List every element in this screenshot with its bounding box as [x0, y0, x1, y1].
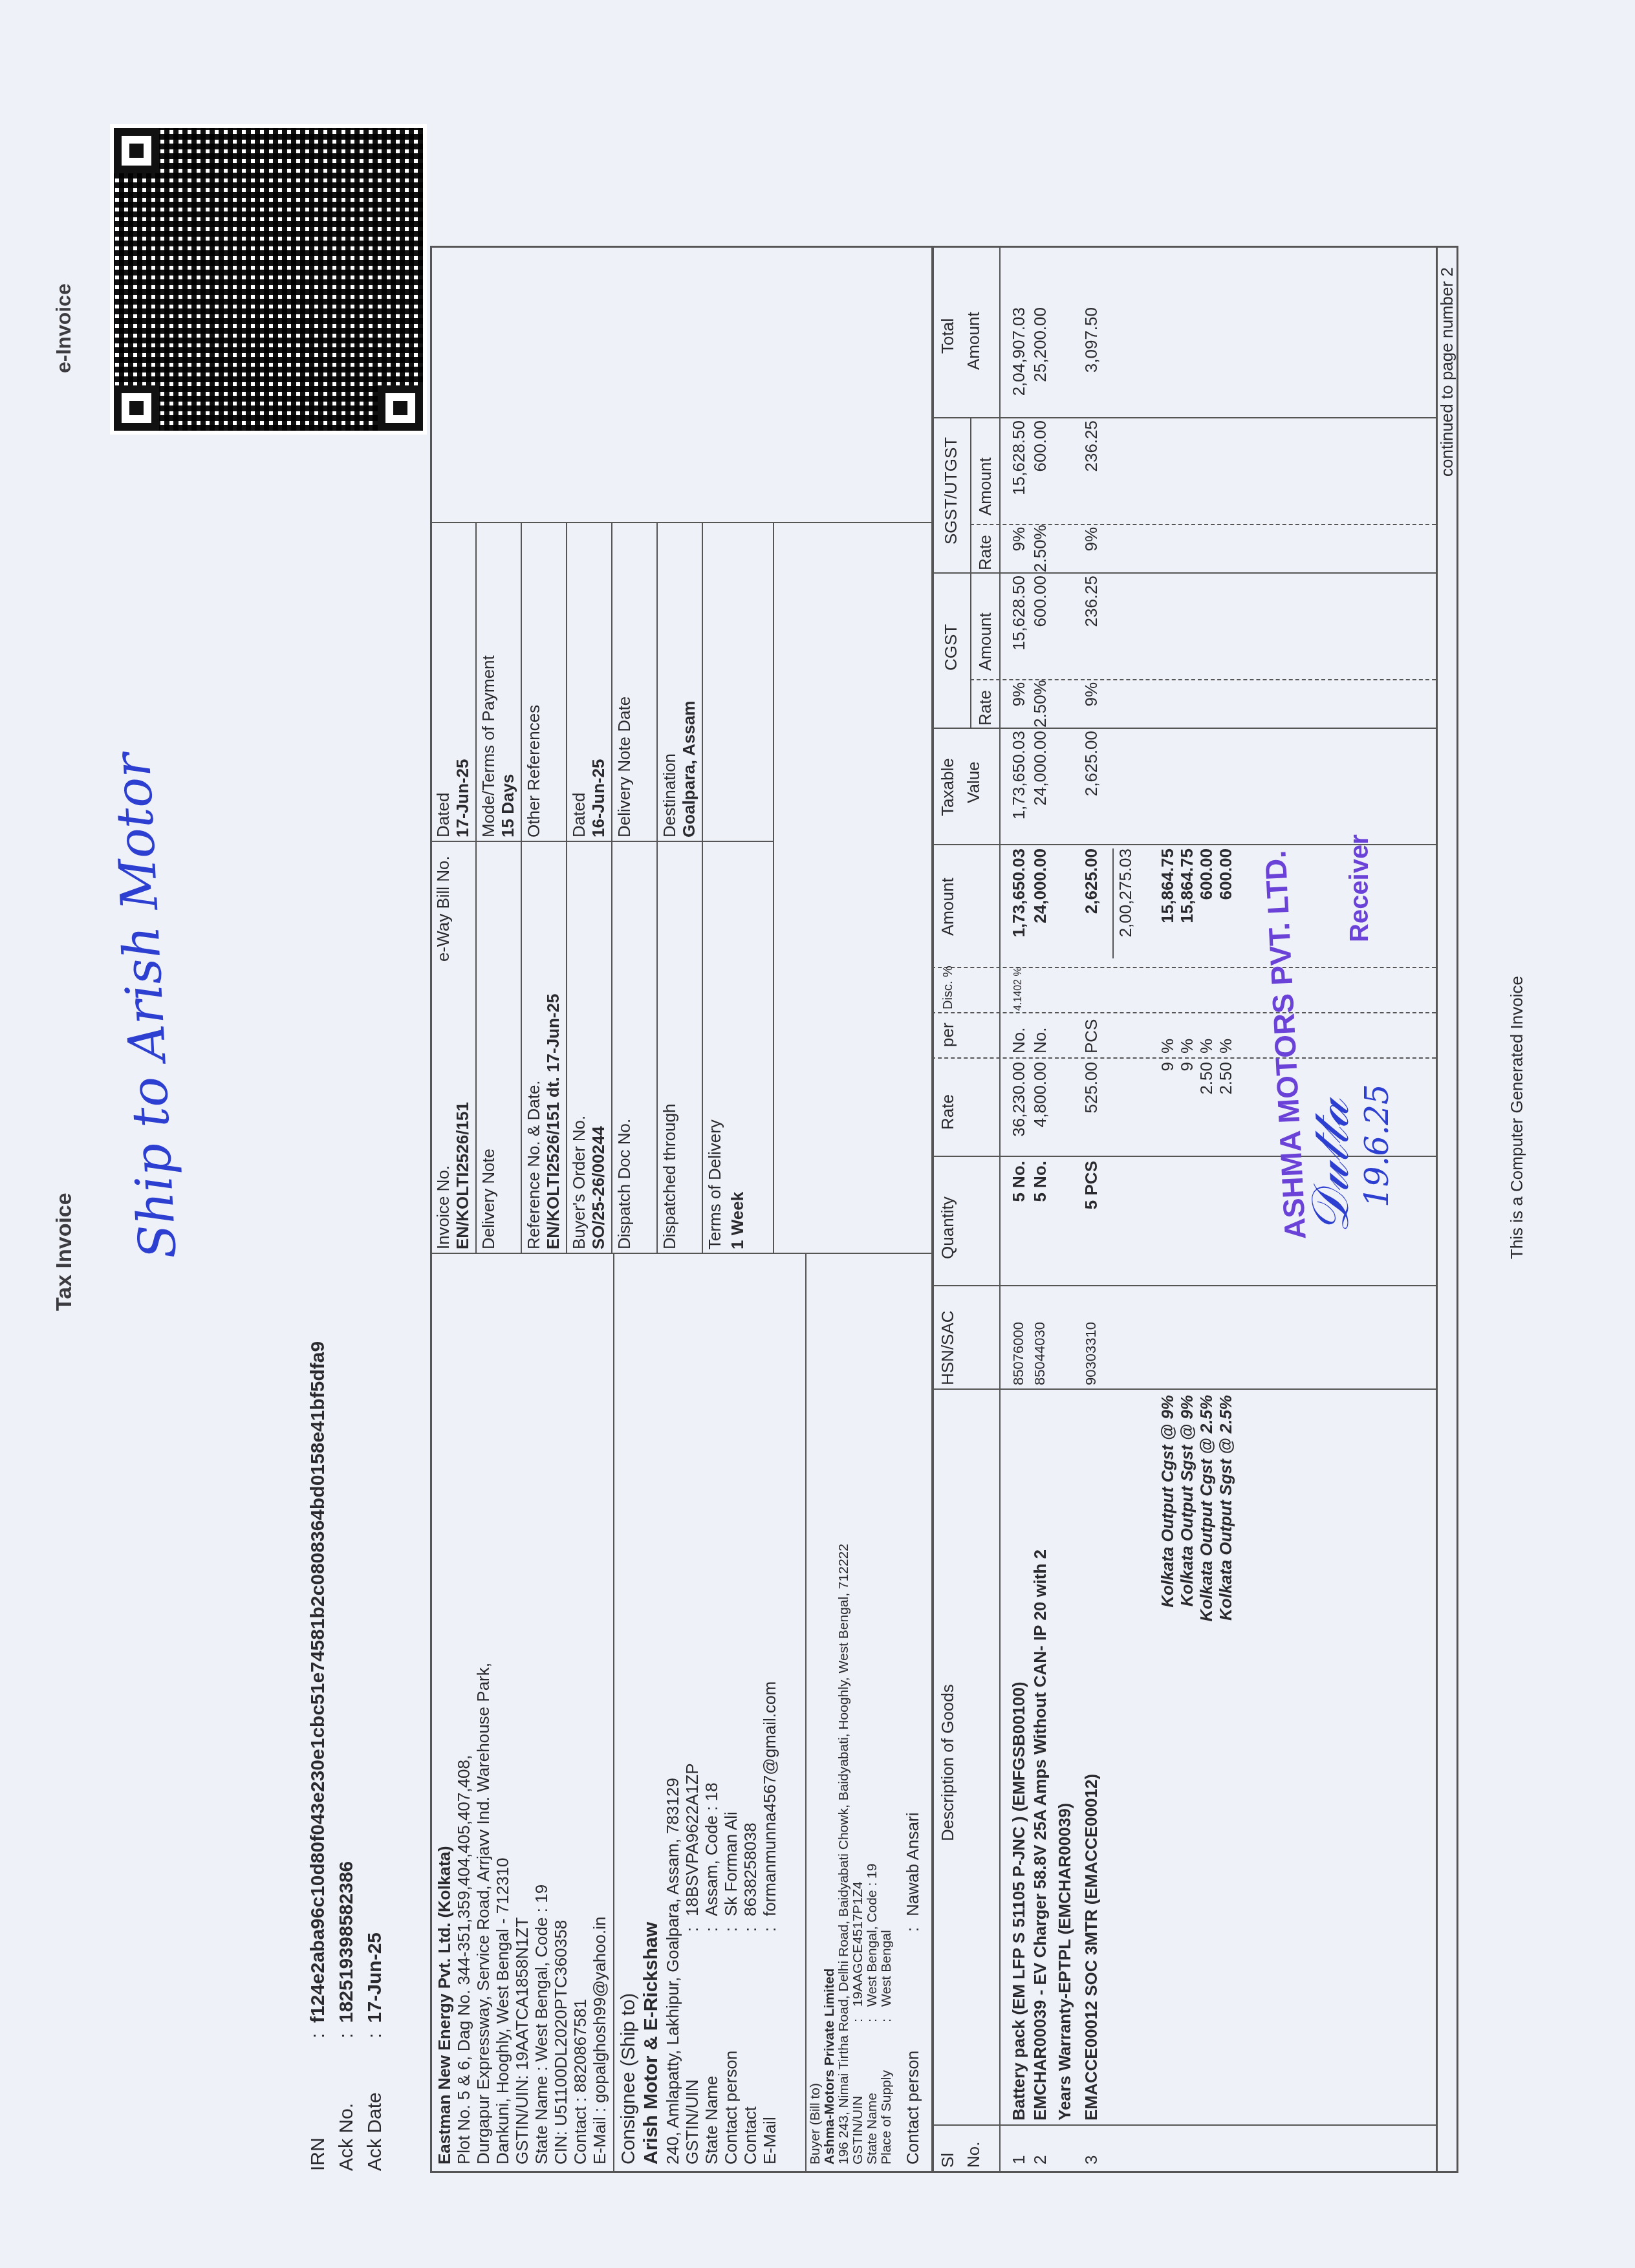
- row-description: EMCHAR00039 - EV Charger 58.8V 25A Amps …: [1030, 1550, 1050, 2121]
- tax-line-label: Kolkata Output Sgst @ 2.5%: [1216, 1395, 1235, 1945]
- buyer-place-of-supply: West Bengal: [880, 1930, 894, 2007]
- row-per: No.: [1030, 1028, 1050, 1053]
- row-cgst-rate: 2.50%: [1030, 682, 1050, 728]
- row-rate: 4,800.00: [1030, 1062, 1050, 1156]
- row-cgst-amount: 15,628.50: [1009, 576, 1028, 679]
- row-sgst-rate: 9%: [1081, 527, 1101, 572]
- buyer-contact-person: Nawab Ansari: [903, 1813, 922, 1916]
- row-amount: 2,625.00: [1081, 848, 1101, 967]
- col-quantity: Quantity: [938, 1196, 957, 1259]
- buyer-state: West Bengal, Code : 19: [865, 1864, 880, 2007]
- row-sl: 3: [1081, 2155, 1101, 2165]
- col-disc: Disc. %: [941, 966, 956, 1010]
- signature: 𝒟𝓊𝓉𝓉𝒶: [1300, 1099, 1361, 1233]
- col-cgst: CGST: [941, 624, 960, 671]
- tax-line-label: Kolkata Output Cgst @ 2.5%: [1196, 1395, 1216, 1945]
- seller-contact: Contact : 8820867581: [570, 1663, 590, 2165]
- col-total-amount: Amount: [964, 312, 983, 370]
- order-dated-label: Dated: [569, 793, 589, 837]
- row-disc: 4.1402 %: [1013, 967, 1024, 1011]
- destination-label: Destination: [660, 753, 679, 837]
- row-cgst-amount: 236.25: [1081, 576, 1101, 679]
- col-cgst-rate: Rate: [975, 690, 995, 726]
- tax-line-label: Kolkata Output Cgst @ 9%: [1158, 1395, 1177, 1945]
- row-description: Battery pack (EM LFP S 51105 P-JNC ) (EM…: [1009, 1681, 1028, 2121]
- tax-line-per: %: [1196, 1039, 1216, 1053]
- tax-line-rate: 9: [1177, 1062, 1196, 1156]
- ack-no-label: Ack No.: [332, 2038, 361, 2171]
- col-sl: Sl: [938, 2153, 957, 2168]
- consignee-name: Arish Motor & E-Rickshaw: [640, 1681, 663, 2165]
- row-total: 2,04,907.03: [1009, 307, 1028, 417]
- handwritten-note: Ship to Arish Motor: [103, 752, 188, 1260]
- order-date: 16-Jun-25: [589, 759, 608, 837]
- consignee-gstin: 18BSVPA9622A1ZP: [682, 1763, 702, 1916]
- tax-line-amount: 15,864.75: [1158, 848, 1177, 967]
- row-rate: 36,230.00: [1009, 1062, 1028, 1156]
- row-sgst-rate: 9%: [1009, 527, 1028, 572]
- col-description: Description of Goods: [938, 1684, 957, 1841]
- col-cgst-amount: Amount: [975, 612, 995, 671]
- terms-delivery-value: 1 Week: [728, 1192, 747, 1249]
- row-description-cont: Years Warranty-EPTPL (EMCHAR00039): [1055, 1803, 1074, 2121]
- row-cgst-rate: 9%: [1081, 682, 1101, 728]
- consignee-contact-person: Sk Forman Ali: [721, 1811, 741, 1916]
- field-label: State Name: [865, 2022, 880, 2165]
- row-sgst-rate: 2.50%: [1030, 527, 1050, 572]
- col-sgst: SGST/UTGST: [941, 437, 960, 545]
- row-sl: 2: [1030, 2155, 1050, 2165]
- field-label: Place of Supply: [880, 2022, 894, 2165]
- payment-terms-label: Mode/Terms of Payment: [479, 655, 498, 837]
- row-sgst-amount: 15,628.50: [1009, 420, 1028, 524]
- ack-no-value: 182519398582386: [332, 1861, 361, 2023]
- e-invoice-label: e-Invoice: [52, 283, 76, 373]
- seller-gstin: GSTIN/UIN: 19AATCA1858N1ZT: [512, 1663, 532, 2165]
- dated-label: Dated: [433, 793, 453, 837]
- seller-line: Dankuni, Hooghly, West Bengal - 712310: [493, 1663, 512, 2165]
- col-total: Total: [938, 318, 957, 354]
- buyer-gstin: 19AAGCE4517P1Z4: [851, 1881, 865, 2007]
- ack-date-label: Ack Date: [361, 2038, 389, 2171]
- field-label: Contact person: [903, 1932, 922, 2165]
- tax-line-per: %: [1177, 1039, 1196, 1053]
- row-taxable: 24,000.00: [1030, 731, 1050, 844]
- consignee-section-label: Consignee (Ship to): [618, 1681, 640, 2165]
- col-taxable: Taxable: [938, 758, 957, 816]
- consignee-block: Consignee (Ship to) Arish Motor & E-Rick…: [618, 1681, 779, 2165]
- tax-line-rate: 2.50: [1216, 1062, 1235, 1156]
- row-sgst-amount: 236.25: [1081, 420, 1101, 524]
- payment-terms: 15 Days: [498, 774, 517, 837]
- row-sl: 1: [1009, 2155, 1028, 2165]
- signature-date: 19.6.25: [1358, 1084, 1396, 1207]
- page-title: Tax Invoice: [52, 1193, 77, 1311]
- buyer-section-label: Buyer (Bill to): [808, 1544, 823, 2165]
- row-hsn: 85076000: [1010, 1322, 1027, 1385]
- receiver-stamp: Receiver: [1345, 834, 1374, 942]
- row-quantity: 5 No.: [1009, 1161, 1028, 1285]
- col-sl-no: No.: [964, 2142, 983, 2168]
- consignee-address: 240, Amlapatty, Lakhipur, Goalpara, Assa…: [663, 1681, 682, 2165]
- row-total: 25,200.00: [1030, 307, 1050, 417]
- row-per: PCS: [1081, 1019, 1101, 1053]
- tax-line-amount: 600.00: [1216, 848, 1235, 967]
- terms-delivery-label: Terms of Delivery: [705, 1119, 724, 1249]
- col-sgst-amount: Amount: [975, 457, 995, 515]
- tax-line-rate: 2.50: [1196, 1062, 1216, 1156]
- buyers-order-label: Buyer's Order No.: [569, 1116, 589, 1249]
- other-references-label: Other References: [524, 705, 543, 837]
- seller-line: Durgapur Expressway, Service Road, Arrja…: [473, 1663, 493, 2165]
- invoice-no-label: Invoice No.: [433, 1165, 453, 1249]
- consignee-contact: 8638258038: [741, 1822, 760, 1916]
- irn-block: IRN:f124e2aba96c10d80f043e230e1cbc51e745…: [304, 1341, 389, 2171]
- row-hsn: 85044030: [1032, 1322, 1048, 1385]
- field-label: GSTIN/UIN: [682, 1932, 702, 2165]
- row-taxable: 1,73,650.03: [1009, 731, 1028, 844]
- row-cgst-amount: 600.00: [1030, 576, 1050, 679]
- row-hsn: 90303310: [1083, 1322, 1099, 1385]
- consignee-email: formanmunna4567@gmail.com: [760, 1681, 779, 1916]
- invoice-document: Tax Invoice e-Invoice Ship to Arish Moto…: [0, 0, 1635, 2268]
- destination-value: Goalpara, Assam: [679, 701, 698, 837]
- tax-line-per: %: [1158, 1039, 1177, 1053]
- field-label: E-Mail: [760, 1932, 779, 2165]
- seller-email: E-Mail : gopalghosh99@yahoo.in: [590, 1663, 609, 2165]
- consignee-state: Assam, Code : 18: [702, 1782, 721, 1916]
- field-label: State Name: [702, 1932, 721, 2165]
- irn-label: IRN: [304, 2038, 332, 2171]
- tax-line-label: Kolkata Output Sgst @ 9%: [1177, 1395, 1196, 1945]
- col-hsn: HSN/SAC: [938, 1310, 957, 1385]
- buyer-block: Buyer (Bill to) Ashma-Motors Private Lim…: [808, 1544, 922, 2165]
- row-rate: 525.00: [1081, 1062, 1101, 1156]
- col-taxable-value: Value: [964, 761, 983, 803]
- field-label: Contact: [741, 1932, 760, 2165]
- invoice-date: 17-Jun-25: [453, 759, 472, 837]
- col-sgst-rate: Rate: [975, 535, 995, 570]
- tax-line-amount: 15,864.75: [1177, 848, 1196, 967]
- tax-line-amount: 600.00: [1196, 848, 1216, 967]
- row-quantity: 5 PCS: [1081, 1161, 1101, 1285]
- field-label: GSTIN/UIN: [851, 2022, 865, 2165]
- tax-line-rate: 9: [1158, 1062, 1177, 1156]
- buyer-name: Ashma-Motors Private Limited: [823, 1544, 837, 2165]
- reference-label: Reference No. & Date.: [524, 1080, 543, 1249]
- seller-block: Eastman New Energy Pvt. Ltd. (Kolkata) P…: [435, 1663, 609, 2165]
- row-amount: 24,000.00: [1030, 848, 1050, 967]
- seller-line: Plot No. 5 & 6, Dag No. 344-351,359,404,…: [454, 1663, 473, 2165]
- qr-code-icon: [110, 124, 427, 435]
- irn-value: f124e2aba96c10d80f043e230e1cbc51e74581b2…: [304, 1341, 332, 2023]
- eway-bill-label: e-Way Bill No.: [433, 856, 453, 962]
- seller-state: State Name : West Bengal, Code : 19: [532, 1663, 551, 2165]
- delivery-note-date-label: Delivery Note Date: [614, 697, 634, 837]
- col-per: per: [938, 1022, 957, 1047]
- buyers-order-no: SO/25-26/00244: [589, 1126, 608, 1249]
- row-quantity: 5 No.: [1030, 1161, 1050, 1285]
- field-label: Contact person: [721, 1932, 741, 2165]
- continued-note: continued to page number 2: [1437, 267, 1456, 477]
- invoice-no: EN/KOLTI2526/151: [453, 1102, 472, 1249]
- dispatched-through-label: Dispatched through: [660, 1104, 679, 1249]
- ack-date-value: 17-Jun-25: [361, 1932, 389, 2023]
- row-description: EMACCE00012 SOC 3MTR (EMACCE00012): [1081, 1774, 1101, 2121]
- seller-cin: CIN: U51100DL2020PTC360358: [551, 1663, 570, 2165]
- seller-name: Eastman New Energy Pvt. Ltd. (Kolkata): [435, 1663, 454, 2165]
- row-cgst-rate: 9%: [1009, 682, 1028, 728]
- row-per: No.: [1009, 1028, 1028, 1053]
- reference-value: EN/KOLTI2526/151 dt. 17-Jun-25: [543, 994, 563, 1249]
- col-amount: Amount: [938, 878, 957, 936]
- footer-note: This is a Computer Generated Invoice: [1507, 976, 1526, 1259]
- subtotal: 2,00,275.03: [1116, 848, 1135, 965]
- row-total: 3,097.50: [1081, 307, 1101, 417]
- row-taxable: 2,625.00: [1081, 731, 1101, 844]
- tax-line-per: %: [1216, 1039, 1235, 1053]
- buyer-address: 196 243, Nimai Tirtha Road, Delhi Road, …: [837, 1544, 851, 2165]
- col-rate: Rate: [938, 1094, 957, 1130]
- row-amount: 1,73,650.03: [1009, 848, 1028, 967]
- dispatch-doc-label: Dispatch Doc No.: [614, 1119, 634, 1249]
- row-sgst-amount: 600.00: [1030, 420, 1050, 524]
- delivery-note-label: Delivery Note: [479, 1149, 498, 1249]
